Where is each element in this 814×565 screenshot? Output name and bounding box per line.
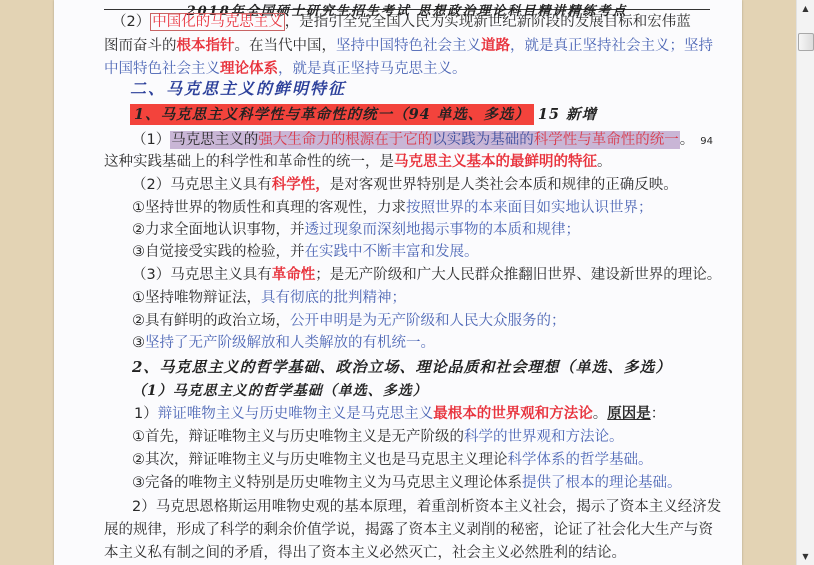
text: （2）马克思主义具有 [132, 177, 272, 193]
scroll-down-button[interactable]: ▼ [797, 548, 814, 565]
paragraph-line: 这种实践基础上的科学性和革命性的统一，是马克思主义基本的最鲜明的特征。 [104, 151, 612, 173]
text: 是对客观世界特别是人类社会本质和规律的正确反映。 [330, 177, 678, 193]
boxed-term: 中国化的马克思主义 [150, 13, 285, 31]
emphasis-text: 马克思主义基本的最鲜明的特征 [394, 154, 597, 170]
scrollbar-thumb[interactable] [798, 33, 814, 51]
text: 。 [597, 154, 612, 170]
header-rule: 2018年全国硕士研究生招生考试 思想政治理论科目精讲精练考点 [104, 9, 710, 10]
section-heading: 二、马克思主义的鲜明特征 [130, 78, 346, 100]
vertical-scrollbar[interactable]: ▲ ▼ [796, 0, 814, 565]
blue-text: 科学体系的哲学基础。 [508, 452, 653, 468]
text: 图而奋斗的 [104, 38, 177, 54]
emphasis-text: 科学性与革命性的统一 [534, 132, 679, 148]
text: ①坚持世界的物质性和真理的客观性，力求 [132, 200, 406, 216]
emphasis-text: 理论体系 [220, 61, 278, 77]
highlighted-heading: 1、马克思主义科学性与革命性的统一（94 单选、多选） [130, 104, 534, 125]
arrow-up-icon: ▲ [802, 4, 808, 13]
paragraph-line: 2）马克思恩格斯运用唯物史观的基本原理，着重剖析资本主义社会，揭示了资本主义经济… [132, 496, 721, 518]
paragraph-line: 展的规律，形成了科学的剩余价值学说，揭露了资本主义剥削的秘密，论证了社会化大生产… [104, 519, 713, 541]
emphasis-text: 革命性 [272, 267, 316, 283]
emphasis-text: 道路 [481, 38, 510, 54]
paragraph-line: 图而奋斗的根本指针。在当代中国，坚持中国特色社会主义道路，就是真正坚持社会主义；… [104, 35, 713, 57]
sub-subsection-heading: （1）马克思主义的哲学基础（单选、多选） [132, 380, 428, 402]
paragraph-line: （3）马克思主义具有革命性；是无产阶级和广大人民群众推翻旧世界、建设新世界的理论… [132, 264, 721, 286]
list-item: ①坚持世界的物质性和真理的客观性，力求按照世界的本来面目如实地认识世界； [132, 197, 653, 219]
subsection-heading: 1、马克思主义科学性与革命性的统一（94 单选、多选）15 新增 [130, 104, 597, 126]
paragraph-line: 本主义私有制之间的矛盾，得出了资本主义必然灭亡，社会主义必然胜利的结论。 [104, 542, 626, 564]
text: ②具有鲜明的政治立场， [132, 313, 290, 329]
text: 。 [680, 132, 695, 148]
blue-text: 科学的世界观和方法论。 [464, 429, 624, 445]
blue-text: 坚持了无产阶级解放和人类解放的有机统一。 [145, 335, 435, 351]
paragraph-line: （1）马克思主义的强大生命力的根源在于它的以实践为基础的科学性与革命性的统一。9… [132, 129, 713, 153]
blue-text: ，就是真正坚持马克思主义。 [278, 61, 467, 77]
blue-text: 按照世界的本来面目如实地认识世界； [406, 200, 653, 216]
blue-text: 以实践为基础的 [432, 132, 534, 148]
text: ： [651, 406, 666, 422]
blue-text: 中国特色社会主义 [104, 61, 220, 77]
blue-text: 公开申明是为无产阶级和人民大众服务的； [290, 313, 566, 329]
subsection-heading: 2、马克思主义的哲学基础、政治立场、理论品质和社会理想（单选、多选） [132, 356, 671, 378]
emphasis-text: 根本指针 [177, 38, 235, 54]
list-item: ②其次，辩证唯物主义与历史唯物主义也是马克思主义理论科学体系的哲学基础。 [132, 449, 653, 471]
text: ；是无产阶级和广大人民群众推翻旧世界、建设新世界的理论。 [315, 267, 721, 283]
paragraph-line: 中国特色社会主义理论体系，就是真正坚持马克思主义。 [104, 58, 467, 80]
text: （3）马克思主义具有 [132, 267, 272, 283]
text: 。 [593, 406, 608, 422]
scroll-up-button[interactable]: ▲ [797, 0, 814, 17]
blue-text: 在实践中不断丰富和发展。 [305, 244, 479, 260]
list-item: ③自觉接受实践的检验，并在实践中不断丰富和发展。 [132, 241, 479, 263]
text: ，是指引全党全国人民为实现新世纪新阶段的发展目标和宏伟蓝 [285, 14, 691, 30]
emphasis-text: 科学性， [272, 177, 330, 193]
list-item: ②具有鲜明的政治立场，公开申明是为无产阶级和人民大众服务的； [132, 310, 566, 332]
list-item: ①坚持唯物辩证法，具有彻底的批判精神； [132, 287, 406, 309]
paragraph-line: 1）辩证唯物主义与历史唯物主义是马克思主义最根本的世界观和方法论。原因是： [134, 403, 665, 425]
text: 。在当代中国， [235, 38, 337, 54]
text: 这种实践基础上的科学性和革命性的统一，是 [104, 154, 394, 170]
emphasis-text: 最根本的世界观和方法论 [433, 406, 593, 422]
year-note: 94 [700, 136, 713, 147]
item-prefix: （1） [132, 132, 170, 148]
list-item: ②力求全面地认识事物，并透过现象而深刻地揭示事物的本质和规律； [132, 219, 580, 241]
list-item: ①首先，辩证唯物主义与历史唯物主义是无产阶级的科学的世界观和方法论。 [132, 426, 624, 448]
text: ②其次，辩证唯物主义与历史唯物主义也是马克思主义理论 [132, 452, 508, 468]
underlined-text: 原因是 [607, 406, 651, 422]
arrow-down-icon: ▼ [802, 552, 808, 561]
text: ①坚持唯物辩证法， [132, 290, 261, 306]
list-item: ③坚持了无产阶级解放和人类解放的有机统一。 [132, 332, 435, 354]
highlighted-sentence: 马克思主义的强大生命力的根源在于它的以实践为基础的科学性与革命性的统一 [170, 131, 680, 149]
text: ③自觉接受实践的检验，并 [132, 244, 305, 260]
emphasis-text: 强大生命力的根源在于它的 [258, 132, 432, 148]
document-viewport: 2018年全国硕士研究生招生考试 思想政治理论科目精讲精练考点 （2）中国化的马… [0, 0, 797, 565]
blue-text: 提供了根本的理论基础。 [522, 475, 682, 491]
new-note: 15 新增 [538, 106, 597, 123]
text: 马克思主义的 [171, 132, 258, 148]
document-page: 2018年全国硕士研究生招生考试 思想政治理论科目精讲精练考点 （2）中国化的马… [54, 0, 742, 565]
item-prefix: （2） [112, 14, 150, 30]
item-prefix: 1） [134, 406, 158, 422]
blue-text: 具有彻底的批判精神； [261, 290, 406, 306]
blue-text: 坚持中国特色社会主义 [336, 38, 481, 54]
blue-text: 辩证唯物主义与历史唯物主义是马克思主义 [158, 406, 434, 422]
text: ③ [132, 335, 145, 351]
paragraph-line: （2）中国化的马克思主义，是指引全党全国人民为实现新世纪新阶段的发展目标和宏伟蓝 [112, 11, 691, 33]
text: ①首先，辩证唯物主义与历史唯物主义是无产阶级的 [132, 429, 464, 445]
text: ②力求全面地认识事物，并 [132, 222, 305, 238]
blue-text: 透过现象而深刻地揭示事物的本质和规律； [305, 222, 581, 238]
text: ③完备的唯物主义特别是历史唯物主义为马克思主义理论体系 [132, 475, 522, 491]
paragraph-line: （2）马克思主义具有科学性，是对客观世界特别是人类社会本质和规律的正确反映。 [132, 174, 678, 196]
blue-text: ，就是真正坚持社会主义；坚持 [510, 38, 713, 54]
list-item: ③完备的唯物主义特别是历史唯物主义为马克思主义理论体系提供了根本的理论基础。 [132, 472, 682, 494]
